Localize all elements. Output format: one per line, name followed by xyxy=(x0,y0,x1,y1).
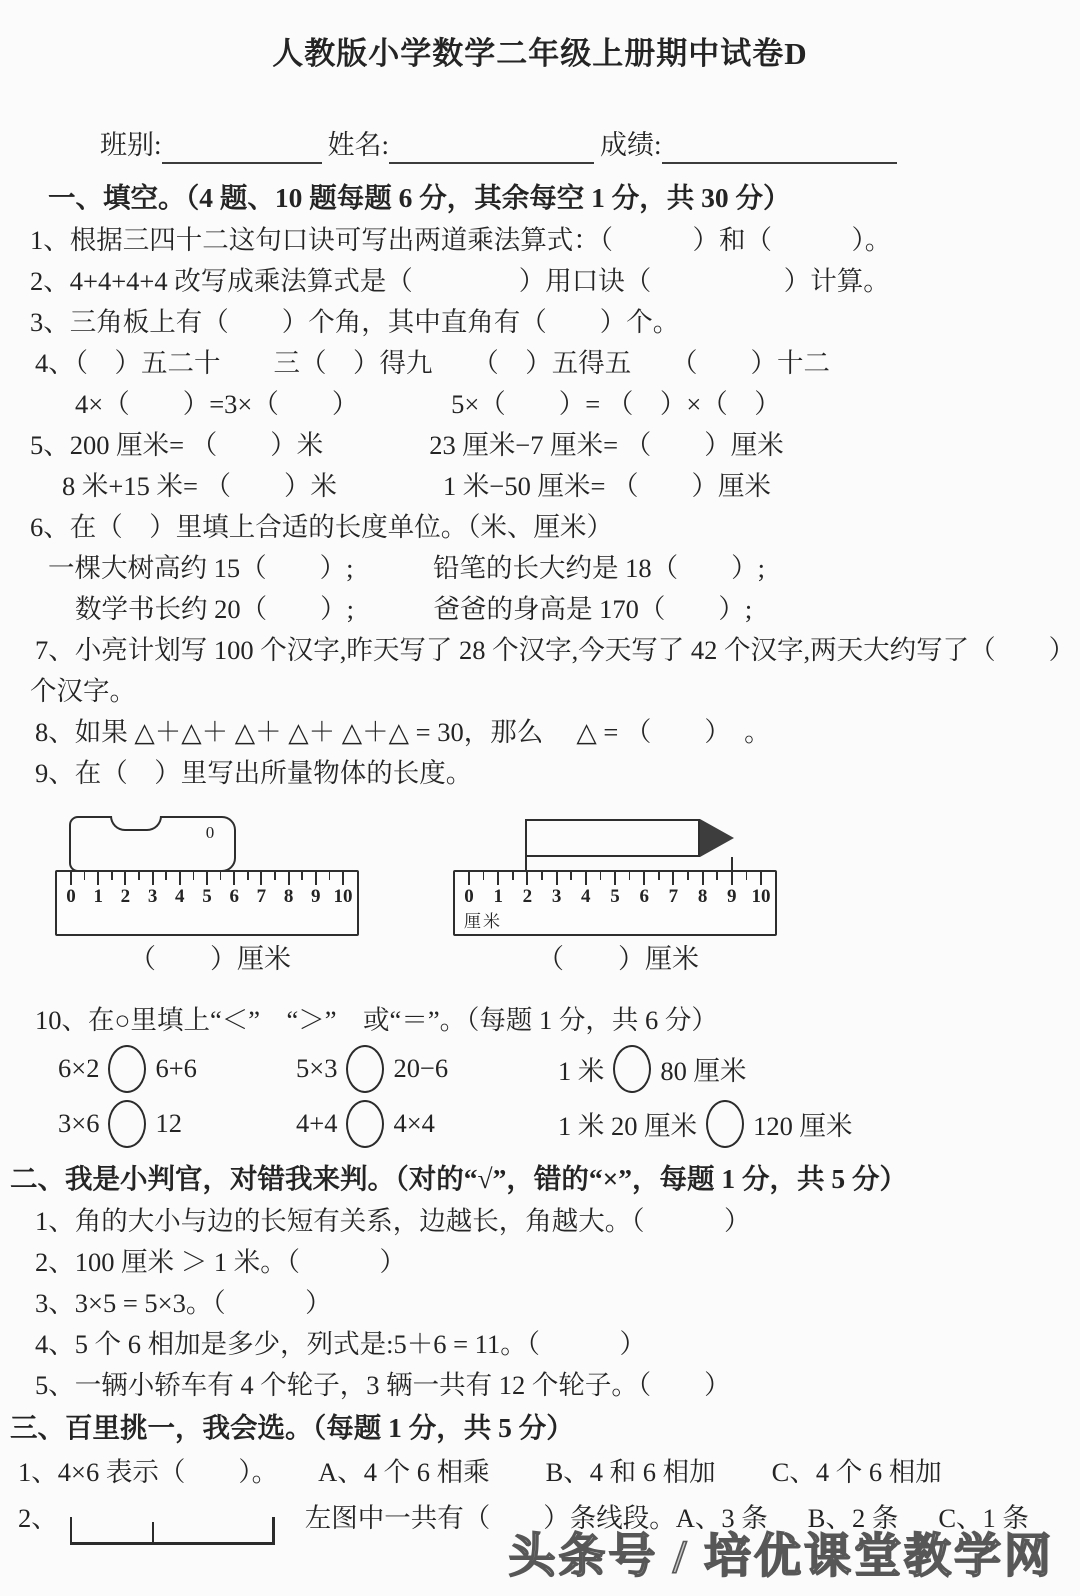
comparison-right: 6+6 xyxy=(155,1053,196,1084)
ruler-body: 012345678910 xyxy=(55,870,359,936)
ruler-half-tick xyxy=(483,872,485,880)
ruler-number: 4 xyxy=(576,886,596,908)
ruler-tick xyxy=(643,872,645,885)
choice-question-2-number: 2、 xyxy=(18,1496,58,1540)
comparison-left: 4+4 xyxy=(296,1108,337,1139)
ruler-figure-pencil: 厘米 012345678910 （ ）厘米 xyxy=(453,804,783,976)
ruler-half-tick xyxy=(274,872,276,880)
ruler-number: 0 xyxy=(459,886,479,908)
question-10-row-2: 3×6 12 4+4 4×4 1 米 20 厘米 120 厘米 xyxy=(58,1096,1080,1151)
question-10-intro: 10、在○里填上“＜” “＞” 或“＝”。（每题 1 分，共 6 分） xyxy=(35,1000,1080,1041)
ruler-caption: （ ）厘米 xyxy=(453,937,783,976)
comparison-left: 5×3 xyxy=(296,1053,337,1084)
comparison-right: 120 厘米 xyxy=(753,1104,852,1143)
empty-circle xyxy=(706,1100,744,1148)
question-4-line1: 4、（ ）五二十 三（ ）得九 （ ）五得五 （ ）十二 xyxy=(35,343,1080,384)
ruler-half-tick xyxy=(541,872,543,880)
question-7-line1: 7、小亮计划写 100 个汉字,昨天写了 28 个汉字,今天写了 42 个汉字,… xyxy=(35,630,1080,671)
ruler-half-tick xyxy=(629,872,631,880)
ruler-tick xyxy=(585,872,587,885)
comparison-right: 12 xyxy=(155,1108,182,1139)
ruler-number: 10 xyxy=(333,886,353,908)
ruler-number: 0 xyxy=(61,886,81,908)
ruler-tick xyxy=(315,872,317,885)
comparison-item: 1 米 20 厘米 120 厘米 xyxy=(558,1100,853,1148)
ruler-half-tick xyxy=(301,872,303,880)
comparison-item: 4+4 4×4 xyxy=(296,1100,558,1148)
ruler-half-tick xyxy=(329,872,331,880)
student-info-row: 班别: 姓名: 成绩: xyxy=(100,123,940,164)
ruler-number: 2 xyxy=(115,886,135,908)
ruler-tick xyxy=(526,872,528,885)
empty-circle xyxy=(613,1045,651,1093)
eraser-shape: 0 xyxy=(69,816,236,872)
question-6: 6、在（ ）里填上合适的长度单位。（米、厘米） xyxy=(30,507,1080,548)
eraser-zero-mark: 0 xyxy=(206,823,215,843)
ruler-number: 7 xyxy=(663,886,683,908)
ruler-tick xyxy=(206,872,208,885)
judge-item-3: 3、3×5 = 5×3。（ ） xyxy=(35,1283,1080,1324)
option-b: B、4 和 6 相加 xyxy=(546,1450,716,1494)
empty-circle xyxy=(108,1045,146,1093)
option-c: C、4 个 6 相加 xyxy=(772,1450,942,1494)
class-blank-line xyxy=(162,130,322,164)
exam-paper-page: 人教版小学数学二年级上册期中试卷D 班别: 姓名: 成绩: 一、填空。（4 题、… xyxy=(0,0,1080,1596)
ruler-tick xyxy=(702,872,704,885)
ruler-body: 厘米 012345678910 xyxy=(453,870,777,936)
ruler-number: 2 xyxy=(517,886,537,908)
ruler-tick xyxy=(179,872,181,885)
judge-item-2: 2、100 厘米 ＞ 1 米。（ ） xyxy=(35,1242,1080,1283)
comparison-left: 6×2 xyxy=(58,1053,99,1084)
comparison-left: 1 米 xyxy=(558,1049,604,1088)
ruler-half-tick xyxy=(193,872,195,880)
comparison-right: 4×4 xyxy=(393,1108,434,1139)
ruler-number: 6 xyxy=(224,886,244,908)
ruler-tick xyxy=(70,872,72,885)
ruler-tick xyxy=(760,872,762,885)
ruler-number: 7 xyxy=(251,886,271,908)
ruler-tick xyxy=(672,872,674,885)
ruler-number: 9 xyxy=(722,886,742,908)
comparison-item: 6×2 6+6 xyxy=(58,1045,296,1093)
empty-circle xyxy=(346,1100,384,1148)
ruler-half-tick xyxy=(220,872,222,880)
choice-question-1: 1、4×6 表示（ ）。 A、4 个 6 相乘 B、4 和 6 相加 C、4 个… xyxy=(18,1450,1080,1494)
ruler-number: 3 xyxy=(143,886,163,908)
ruler-tick xyxy=(260,872,262,885)
comparison-right: 80 厘米 xyxy=(660,1049,746,1088)
ruler-caption: （ ）厘米 xyxy=(55,937,365,976)
ruler-tick xyxy=(497,872,499,885)
ruler-figure-eraser: 0 012345678910 （ ）厘米 xyxy=(55,804,365,976)
ruler-tick xyxy=(233,872,235,885)
judge-item-4: 4、5 个 6 相加是多少，列式是:5＋6 = 11。（ ） xyxy=(35,1324,1080,1365)
ruler-number: 8 xyxy=(279,886,299,908)
empty-circle xyxy=(108,1100,146,1148)
ruler-number: 9 xyxy=(306,886,326,908)
comparison-left: 1 米 20 厘米 xyxy=(558,1104,697,1143)
pencil-shape xyxy=(525,819,729,858)
ruler-number: 1 xyxy=(88,886,108,908)
ruler-half-tick xyxy=(247,872,249,880)
question-5-line1: 5、200 厘米= （ ）米 23 厘米−7 厘米= （ ）厘米 xyxy=(30,425,1080,466)
page-title: 人教版小学数学二年级上册期中试卷D xyxy=(0,0,1080,73)
ruler-half-tick xyxy=(138,872,140,880)
section2-heading: 二、我是小判官，对错我来判。（对的“√”，错的“×”，每题 1 分，共 5 分） xyxy=(10,1157,1080,1201)
comparison-item: 5×3 20−6 xyxy=(296,1045,558,1093)
ruler-tick xyxy=(468,872,470,885)
ruler-half-tick xyxy=(84,872,86,880)
segment-tick xyxy=(152,1522,155,1542)
ruler-number: 8 xyxy=(693,886,713,908)
question-1: 1、根据三四十二这句口诀可写出两道乘法算式：（ ）和（ ）。 xyxy=(30,220,1080,261)
question-5-line2: 8 米+15 米= （ ）米 1 米−50 厘米= （ ）厘米 xyxy=(62,466,1080,507)
question-2: 2、4+4+4+4 改写成乘法算式是（ ）用口诀（ ）计算。 xyxy=(30,261,1080,302)
ruler-number: 4 xyxy=(170,886,190,908)
ruler-number: 5 xyxy=(605,886,625,908)
ruler-number: 1 xyxy=(488,886,508,908)
judge-item-1: 1、角的大小与边的长短有关系，边越长，角越大。（ ） xyxy=(35,1201,1080,1242)
comparison-item: 1 米 80 厘米 xyxy=(558,1045,747,1093)
question-3: 3、三角板上有（ ）个角，其中直角有（ ）个。 xyxy=(30,302,1080,343)
segment-tick xyxy=(272,1517,275,1542)
class-label: 班别: xyxy=(100,123,162,164)
comparison-left: 3×6 xyxy=(58,1108,99,1139)
empty-circle xyxy=(346,1045,384,1093)
question-10-row-1: 6×2 6+6 5×3 20−6 1 米 80 厘米 xyxy=(58,1041,1080,1096)
question-6-line3: 数学书长约 20（ ）; 爸爸的身高是 170（ ）; xyxy=(75,589,1080,630)
ruler-tick xyxy=(152,872,154,885)
watermark: 头条号 / 培优课堂教学网 xyxy=(508,1519,1054,1586)
ruler-tick xyxy=(288,872,290,885)
score-blank-line xyxy=(662,130,897,164)
choice-question-1-text: 1、4×6 表示（ ）。 xyxy=(18,1450,278,1494)
ruler-half-tick xyxy=(512,872,514,880)
ruler-half-tick xyxy=(165,872,167,880)
name-label: 姓名: xyxy=(328,123,390,164)
judge-item-5: 5、一辆小轿车有 4 个轮子，3 辆一共有 12 个轮子。（ ） xyxy=(35,1365,1080,1406)
name-blank-line xyxy=(389,130,594,164)
ruler-half-tick xyxy=(687,872,689,880)
ruler-tick xyxy=(97,872,99,885)
ruler-tick xyxy=(342,872,344,885)
score-label: 成绩: xyxy=(600,123,662,164)
pencil-body xyxy=(525,819,699,857)
ruler-half-tick xyxy=(600,872,602,880)
ruler-tick xyxy=(614,872,616,885)
measuring-figures: 0 012345678910 （ ）厘米 厘米 012345678910 （ ）… xyxy=(55,804,1080,976)
segment-tick xyxy=(70,1517,73,1542)
question-8: 8、如果 △＋△＋ △＋ △＋ △＋△ = 30，那么 △ = （ ） 。 xyxy=(35,712,1080,753)
ruler-number: 10 xyxy=(751,886,771,908)
section1-heading: 一、填空。（4 题、10 题每题 6 分，其余每空 1 分，共 30 分） xyxy=(48,176,1080,220)
ruler-number: 6 xyxy=(634,886,654,908)
ruler-tick xyxy=(731,872,733,885)
ruler-half-tick xyxy=(658,872,660,880)
pencil-tip xyxy=(700,819,734,857)
comparison-right: 20−6 xyxy=(393,1053,448,1084)
option-a: A、4 个 6 相乘 xyxy=(318,1450,490,1494)
ruler-half-tick xyxy=(716,872,718,880)
comparison-item: 3×6 12 xyxy=(58,1100,296,1148)
ruler-tick xyxy=(556,872,558,885)
ruler-half-tick xyxy=(746,872,748,880)
question-9: 9、在（ ）里写出所量物体的长度。 xyxy=(35,753,1080,794)
question-6-line2: 一棵大树高约 15（ ）; 铅笔的长大约是 18（ ）; xyxy=(48,548,1080,589)
ruler-number: 5 xyxy=(197,886,217,908)
question-4-line2: 4×（ ）=3×（ ） 5×（ ）= （ ）×（ ） xyxy=(75,384,1080,425)
ruler-tick xyxy=(124,872,126,885)
ruler-unit-label: 厘米 xyxy=(464,907,502,932)
ruler-number: 3 xyxy=(547,886,567,908)
section3-heading: 三、百里挑一，我会选。（每题 1 分，共 5 分） xyxy=(10,1406,1080,1450)
question-7-line2: 个汉字。 xyxy=(30,671,1080,712)
ruler-half-tick xyxy=(570,872,572,880)
line-segment-figure xyxy=(70,1510,275,1545)
ruler-half-tick xyxy=(111,872,113,880)
